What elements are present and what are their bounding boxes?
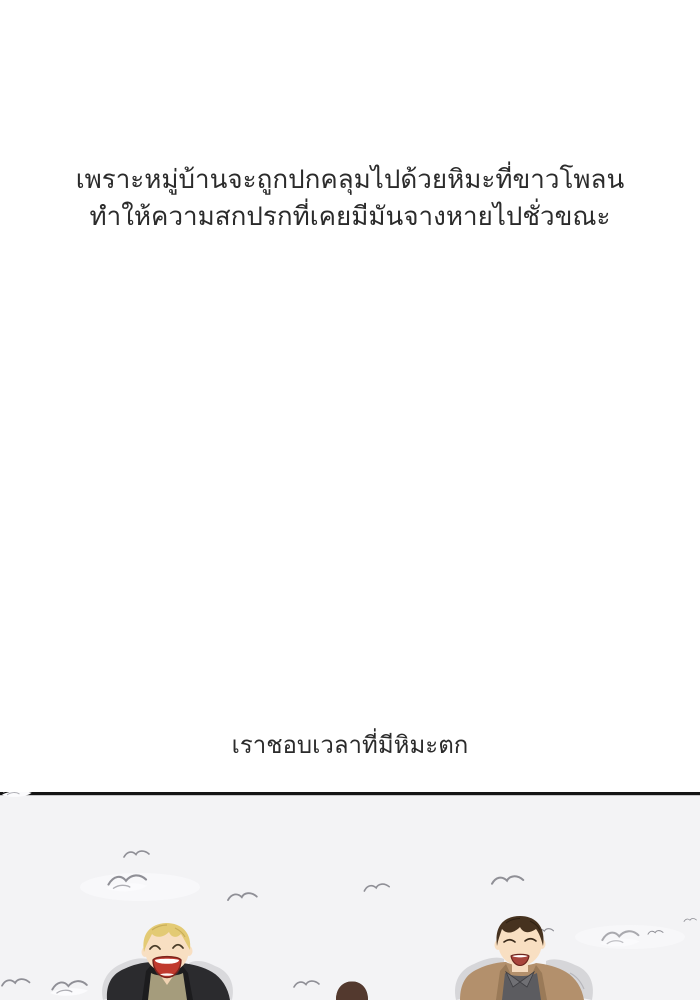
cloud-patch: [575, 925, 685, 949]
comic-panel: [0, 792, 700, 1000]
gray-shirt: [502, 973, 541, 1000]
webtoon-page: เพราะหมู่บ้านจะถูกปกคลุมไปด้วยหิมะที่ขาว…: [0, 0, 700, 1000]
panel-border-top: [0, 792, 700, 795]
narration-line-2: ทำให้ความสกปรกที่เคยมีมันจางหายไปชั่วขณะ: [0, 199, 700, 236]
narration-line-1: เพราะหมู่บ้านจะถูกปกคลุมไปด้วยหิมะที่ขาว…: [0, 162, 700, 199]
panel-artwork: [0, 792, 700, 1000]
narration-top: เพราะหมู่บ้านจะถูกปกคลุมไปด้วยหิมะที่ขาว…: [0, 162, 700, 236]
narration-middle: เราชอบเวลาที่มีหิมะตก: [0, 730, 700, 761]
